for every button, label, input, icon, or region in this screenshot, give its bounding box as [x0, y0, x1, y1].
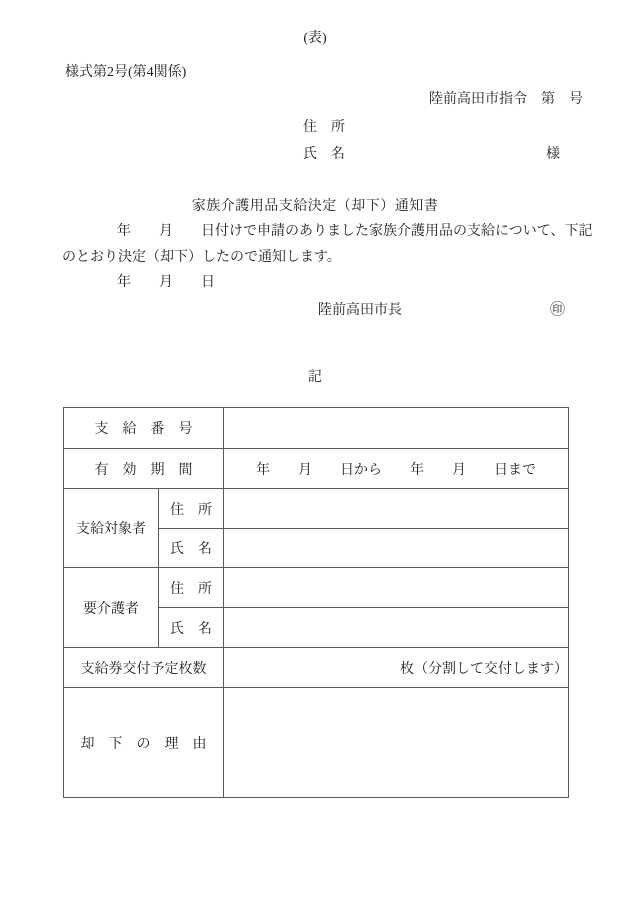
- recipient-name-sublabel: 氏 名: [159, 529, 224, 568]
- recipient-address-value-cell: [224, 489, 569, 529]
- care-receiver-address-value-cell: [224, 568, 569, 608]
- issuer-mayor-label: 陸前高田市長: [318, 303, 402, 319]
- notification-detail-table: 支 給 番 号 有 効 期 間 年 月 日から 年 月 日まで 支給対象者 住 …: [63, 407, 569, 798]
- validity-period-label: 有 効 期 間: [64, 449, 224, 489]
- table-row-care-receiver-address: 要介護者 住 所: [64, 568, 569, 608]
- seal-mark-icon: ㊞: [550, 302, 565, 318]
- addressee-address-label: 住 所: [303, 120, 345, 136]
- care-receiver-name-sublabel: 氏 名: [159, 608, 224, 648]
- rejection-reason-value-cell: [224, 688, 569, 798]
- recipient-address-sublabel: 住 所: [159, 489, 224, 529]
- addressee-name-label: 氏 名: [303, 147, 345, 163]
- recipient-group-label: 支給対象者: [64, 489, 159, 568]
- directive-number-line: 陸前高田市指令 第 号: [429, 92, 583, 108]
- care-receiver-name-value-cell: [224, 608, 569, 648]
- document-title: 家族介護用品支給決定（却下）通知書: [0, 199, 630, 215]
- rejection-reason-label: 却 下 の 理 由: [64, 688, 224, 798]
- table-row-ticket-count: 支給券交付予定枚数 枚（分割して交付します）: [64, 648, 569, 688]
- table-row-recipient-address: 支給対象者 住 所: [64, 489, 569, 529]
- body-paragraph-line2: のとおり決定（却下）したので通知します。: [62, 250, 341, 266]
- honorific-sama: 様: [546, 147, 560, 163]
- form-number: 様式第2号(第4関係): [65, 65, 186, 81]
- body-paragraph-line1: 年 月 日付けで申請のありました家族介護用品の支給について、下記: [117, 224, 592, 240]
- record-marker: 記: [0, 370, 630, 386]
- table-row-rejection-reason: 却 下 の 理 由: [64, 688, 569, 798]
- ticket-count-label: 支給券交付予定枚数: [64, 648, 224, 688]
- issue-date-line: 年 月 日: [117, 275, 215, 291]
- ticket-count-value-cell: 枚（分割して交付します）: [224, 648, 569, 688]
- care-receiver-group-label: 要介護者: [64, 568, 159, 648]
- addressee-name-line: 氏 名 様: [303, 147, 560, 163]
- table-row-supply-number: 支 給 番 号: [64, 408, 569, 449]
- page-side-label: (表): [0, 31, 630, 47]
- supply-number-label: 支 給 番 号: [64, 408, 224, 449]
- recipient-name-value-cell: [224, 529, 569, 568]
- care-receiver-address-sublabel: 住 所: [159, 568, 224, 608]
- table-row-validity-period: 有 効 期 間 年 月 日から 年 月 日まで: [64, 449, 569, 489]
- supply-number-value-cell: [224, 408, 569, 449]
- validity-period-value-cell: 年 月 日から 年 月 日まで: [224, 449, 569, 489]
